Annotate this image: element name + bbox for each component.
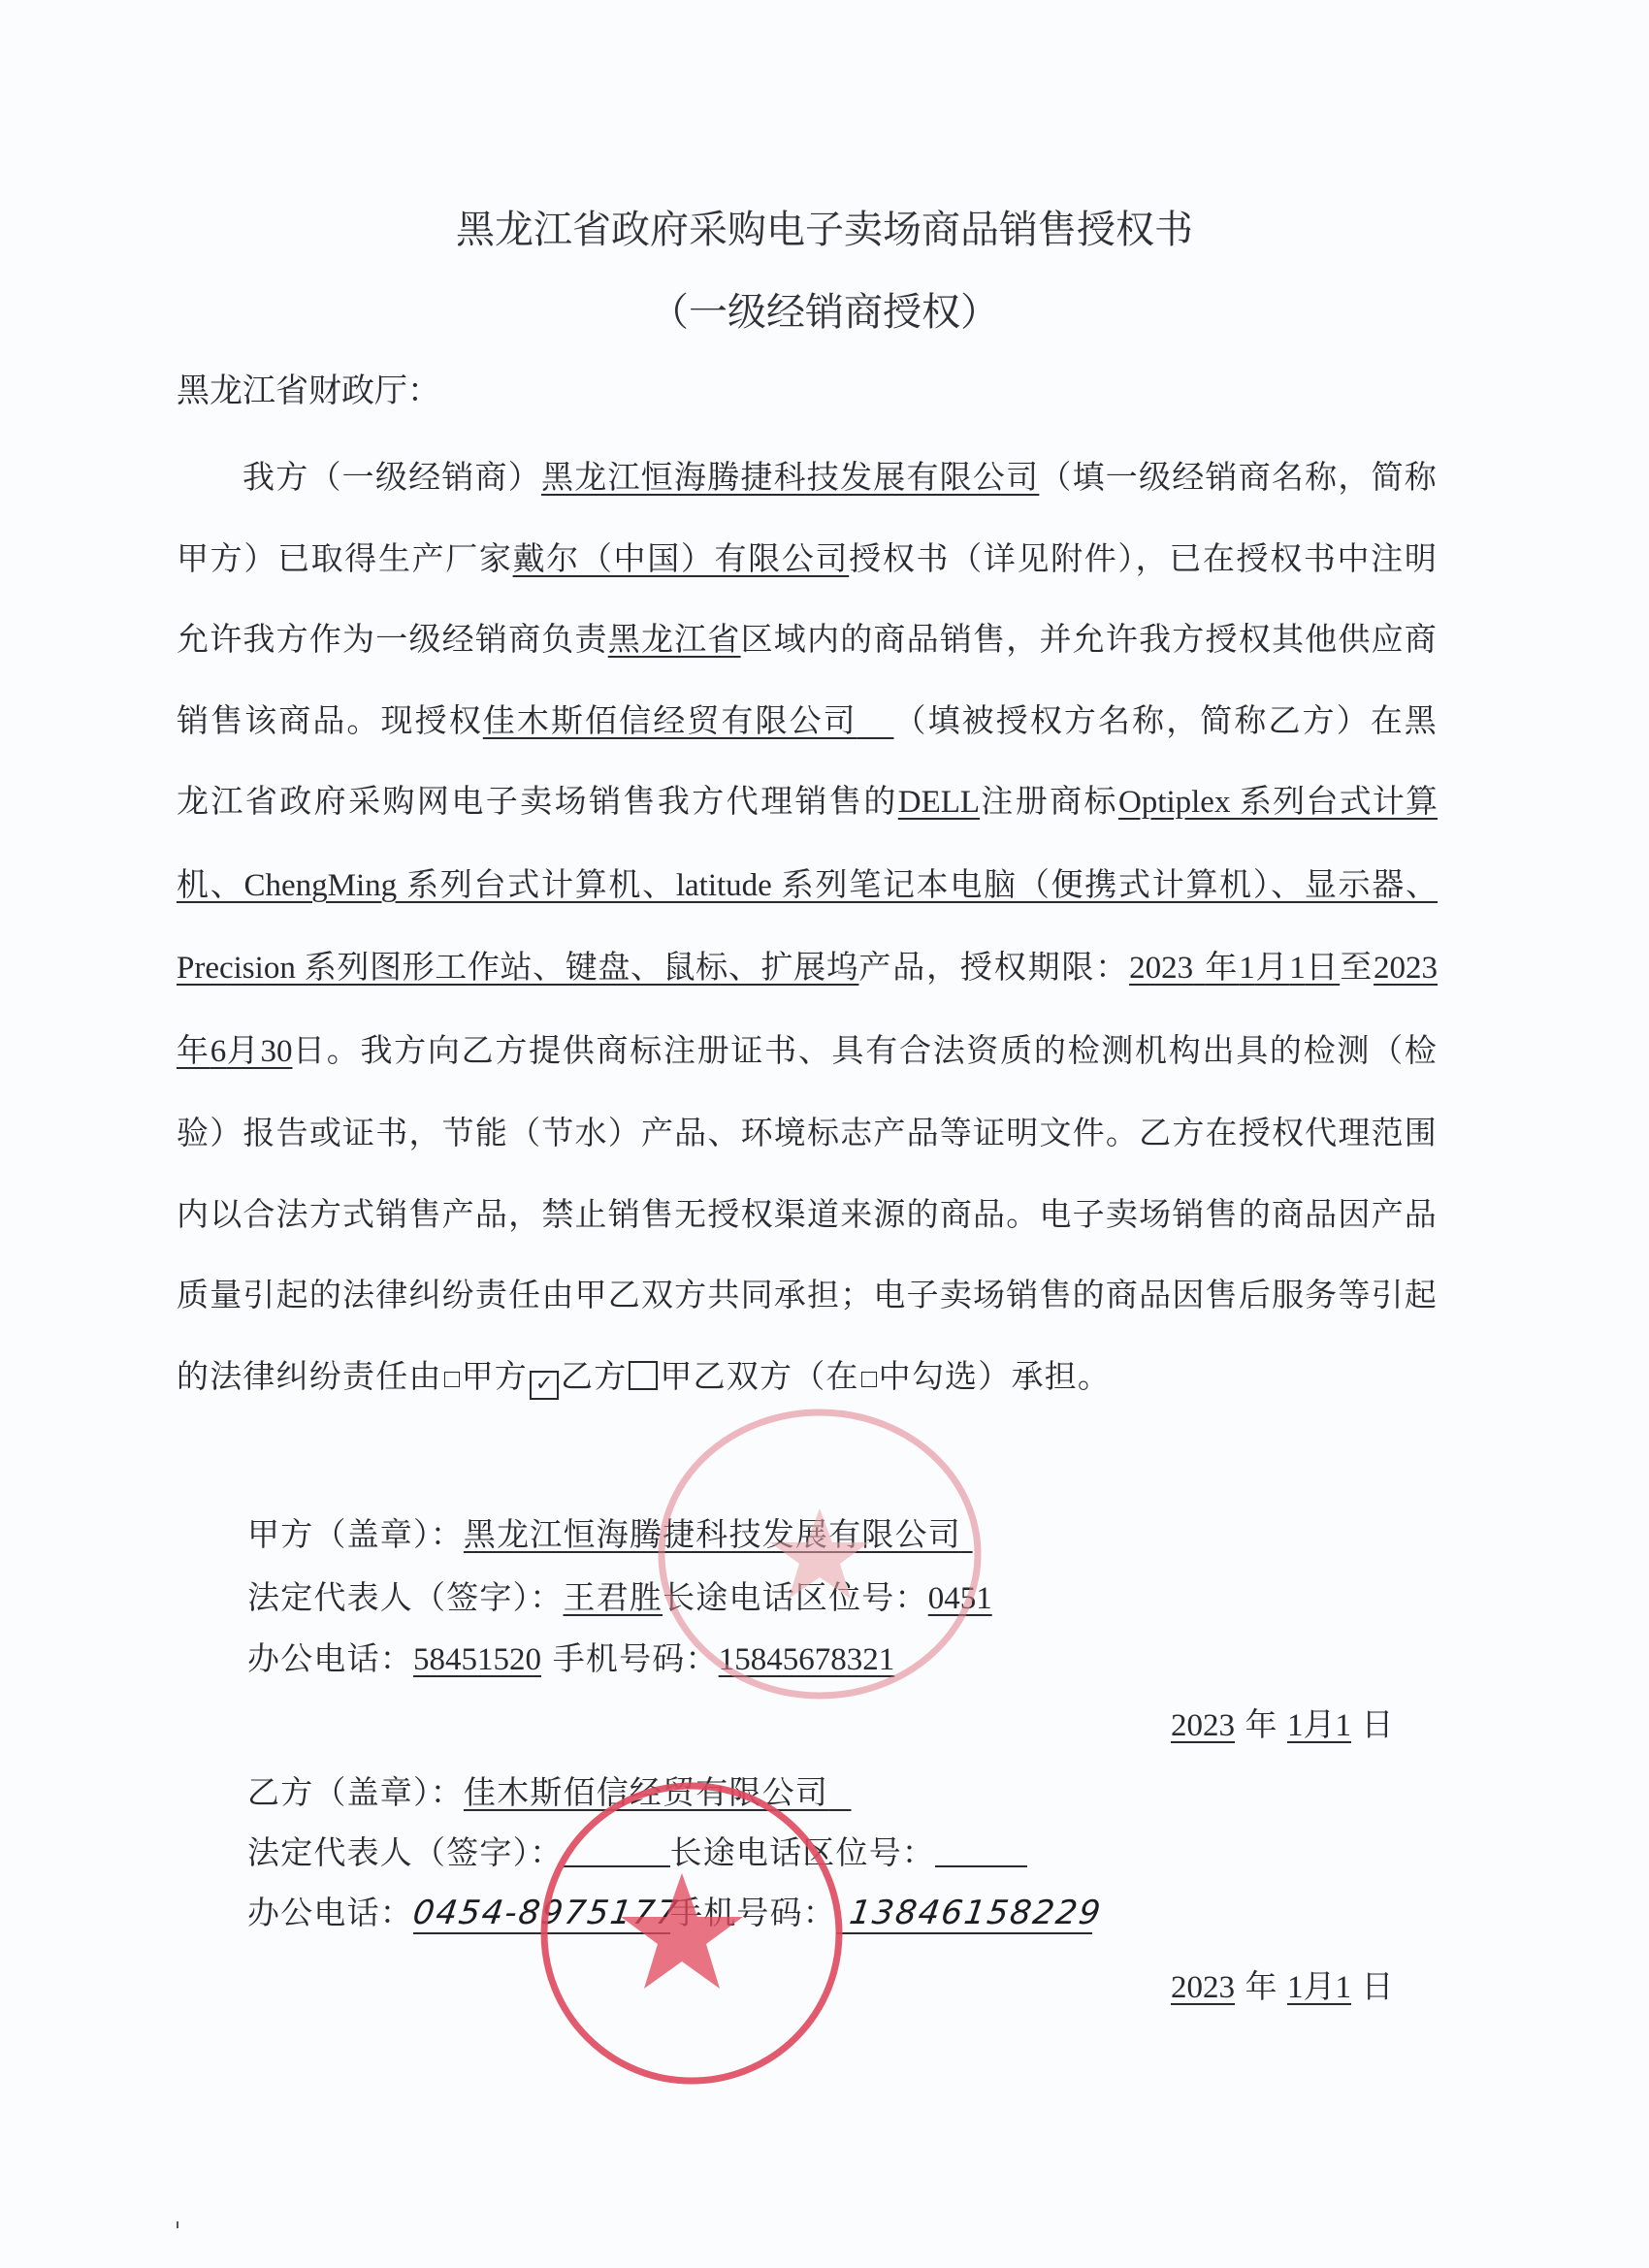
scan-speck — [177, 2221, 178, 2228]
party-a-mobile: 15845678321 — [719, 1642, 895, 1677]
date-month: 1 — [1287, 1708, 1304, 1743]
party-b-seal-label: 乙方（盖章）： — [247, 1773, 464, 1811]
year-char: 年 — [177, 1031, 210, 1069]
body-text: 产品，授权期限： — [858, 948, 1129, 986]
manufacturer-name: 戴尔（中国）有限公司 — [513, 539, 850, 577]
body-text: 至 — [1340, 948, 1374, 986]
start-date: 2023 年1月1日 — [1129, 948, 1340, 986]
end-year: 2023 — [1374, 951, 1438, 986]
salutation: 黑龙江省财政厅： — [177, 364, 440, 411]
start-month: 1 — [1239, 951, 1255, 986]
option-hint: （在 — [792, 1357, 858, 1395]
option-both-label: 甲乙双方 — [660, 1357, 792, 1395]
body-text: 注册商标 — [980, 782, 1118, 820]
checkbox-party-a[interactable] — [444, 1372, 460, 1387]
document-page: 黑龙江省政府采购电子卖场商品销售授权书 （一级经销商授权） 黑龙江省财政厅： 我… — [0, 0, 1649, 2268]
month-char: 月 — [1304, 1705, 1336, 1743]
underline-pad — [828, 1773, 851, 1811]
area-code-label: 长途电话区位号： — [663, 1578, 928, 1616]
document-subtitle: （一级经销商授权） — [0, 281, 1649, 337]
day-char: 日 — [1362, 1705, 1394, 1743]
party-a-date: 2023 年 1月1 日 — [1171, 1700, 1394, 1745]
document-title: 黑龙江省政府采购电子卖场商品销售授权书 — [0, 199, 1649, 254]
year-char: 年 — [1245, 1705, 1277, 1743]
party-a-office-phone: 58451520 — [413, 1642, 541, 1677]
party-a-seal-label: 甲方（盖章）： — [247, 1515, 464, 1553]
option-hint: 中勾选）承担。 — [879, 1357, 1111, 1395]
month-char: 月 — [1304, 1967, 1336, 2005]
party-a-signature-name: 黑龙江恒海腾捷科技发展有限公司 — [464, 1515, 961, 1553]
party-b-office-phone-field: 0454-8975177 — [413, 1894, 670, 1934]
body-text: 日。我方向乙方提供商标注册证书、具有合法资质的检测机构出具的检测（检验）报告或证… — [177, 1031, 1438, 1395]
rep-label: 法定代表人（签字）： — [247, 1578, 564, 1616]
start-day: 1 — [1289, 951, 1306, 986]
date-day: 1 — [1336, 1970, 1352, 2005]
brand: DELL — [898, 785, 980, 820]
underline-pad — [961, 1515, 973, 1553]
checkbox-glyph-icon — [861, 1372, 877, 1387]
office-phone-label: 办公电话： — [247, 1894, 413, 1931]
party-b-rep-line: 法定代表人（签字）：长途电话区位号： — [247, 1828, 1027, 1873]
day-char: 日 — [1306, 948, 1340, 986]
date-year: 2023 — [1171, 1970, 1235, 2005]
party-a-name: 黑龙江恒海腾捷科技发展有限公司 — [541, 458, 1039, 496]
option-party-b-label: 乙方 — [561, 1357, 627, 1395]
office-phone-label: 办公电话： — [247, 1639, 413, 1677]
mobile-label: 手机号码： — [553, 1639, 719, 1677]
party-b-seal-line: 乙方（盖章）：佳木斯佰信经贸有限公司 — [247, 1767, 852, 1813]
date-day: 1 — [1336, 1708, 1352, 1743]
year-char: 年 — [1245, 1967, 1277, 2005]
party-a-rep-line: 法定代表人（签字）：王君胜长途电话区位号：0451 — [247, 1572, 992, 1618]
party-b-area-code-blank[interactable] — [935, 1836, 1027, 1867]
party-b-name: 佳木斯佰信经贸有限公司 — [483, 701, 857, 739]
party-a-phone-line: 办公电话：58451520 手机号码：15845678321 — [247, 1634, 894, 1679]
month-char: 月 — [226, 1031, 260, 1069]
party-b-office-phone: 0454-8975177 — [410, 1894, 682, 1932]
year-char: 年 — [1205, 948, 1239, 986]
day-char: 日 — [1362, 1967, 1394, 2005]
party-b-rep-blank[interactable] — [564, 1836, 670, 1867]
mobile-label: 手机号码： — [670, 1894, 836, 1931]
region: 黑龙江省 — [608, 620, 741, 658]
authorization-body: 我方（一级经销商）黑龙江恒海腾捷科技发展有限公司（填一级经销商名称，简称甲方）已… — [177, 437, 1438, 1416]
area-code-label: 长途电话区位号： — [670, 1833, 936, 1871]
party-b-date: 2023 年 1月1 日 — [1171, 1961, 1394, 2007]
party-b-phone-line: 办公电话：0454-8975177手机号码：13846158229 — [247, 1888, 1092, 1934]
party-b-mobile-field: 13846158229 — [836, 1894, 1092, 1934]
party-b-signature-name: 佳木斯佰信经贸有限公司 — [464, 1773, 828, 1811]
date-month: 1 — [1287, 1970, 1304, 2005]
party-b-mobile: 13846158229 — [847, 1894, 1105, 1932]
start-year: 2023 — [1129, 951, 1193, 986]
checkbox-party-b-checked[interactable]: ✓ — [530, 1371, 559, 1400]
end-month: 6 — [210, 1034, 227, 1069]
body-text: 我方（一级经销商） — [242, 458, 541, 496]
end-day: 30 — [260, 1034, 292, 1069]
party-a-rep-name: 王君胜 — [564, 1578, 663, 1616]
rep-label: 法定代表人（签字）： — [247, 1833, 564, 1871]
option-party-a-label: 甲方 — [462, 1357, 528, 1395]
checkbox-both-parties[interactable] — [629, 1361, 658, 1390]
date-year: 2023 — [1171, 1708, 1235, 1743]
party-a-seal-line: 甲方（盖章）：黑龙江恒海腾捷科技发展有限公司 — [247, 1509, 973, 1555]
party-a-area-code: 0451 — [928, 1581, 992, 1616]
month-char: 月 — [1255, 948, 1289, 986]
party-b-name-pad — [857, 701, 894, 739]
